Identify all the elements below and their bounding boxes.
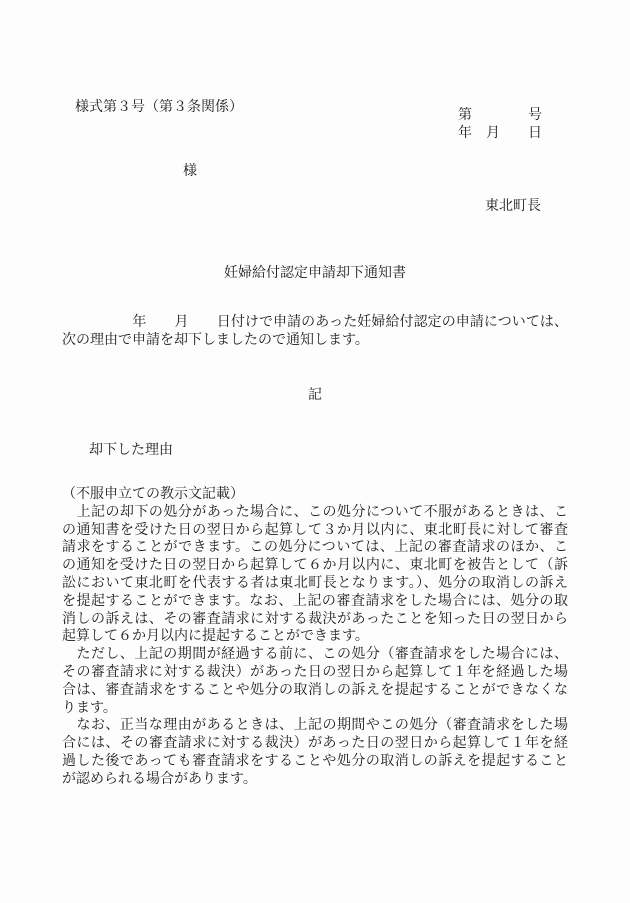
form-number-label: 様式第３号（第３条関係） bbox=[75, 96, 243, 116]
guidance-line: 起算して６か月以内に提起することができます。 bbox=[62, 628, 568, 646]
guidance-line: が認められる場合があります。 bbox=[62, 771, 568, 789]
guidance-heading: （不服申立ての教示文記載） bbox=[62, 486, 568, 504]
ki-marker: 記 bbox=[62, 387, 568, 405]
document-title: 妊婦給付認定申請却下通知書 bbox=[62, 265, 568, 283]
guidance-line: 過した後であっても審査請求をすることや処分の取消しの訴えを提起すること bbox=[62, 753, 568, 771]
guidance-line: 訟において東北町を代表する者は東北町長となります。）、処分の取消しの訴え bbox=[62, 575, 568, 593]
body-paragraph: 年 月 日付けで申請のあった妊婦給付認定の申請については、 次の理由で申請を却下… bbox=[62, 314, 568, 350]
guidance-line: の通知を受けた日の翌日から起算して６か月以内に、東北町を被告として（訴 bbox=[62, 557, 568, 575]
guidance-line: 合は、審査請求をすることや処分の取消しの訴えを提起することができなくな bbox=[62, 682, 568, 700]
rejection-reason-label: 却下した理由 bbox=[89, 439, 173, 459]
guidance-line: 合には、その審査請求に対する裁決）があった日の翌日から起算して１年を経 bbox=[62, 735, 568, 753]
document-page: 様式第３号（第３条関係） 第 号 年 月 日 様 東北町長 妊婦給付認定申請却下… bbox=[0, 0, 630, 903]
guidance-line: ただし、上記の期間が経過する前に、この処分（審査請求をした場合には、 bbox=[62, 646, 568, 664]
guidance-line: 消しの訴えは、その審査請求に対する裁決があったことを知った日の翌日から bbox=[62, 611, 568, 629]
addressee-honorific: 様 bbox=[183, 160, 197, 180]
guidance-line: 上記の却下の処分があった場合に、この処分について不服があるときは、こ bbox=[62, 504, 568, 522]
body-line-2: 次の理由で申請を却下しましたので通知します。 bbox=[62, 332, 568, 350]
appeal-guidance-section: （不服申立ての教示文記載） 上記の却下の処分があった場合に、この処分について不服… bbox=[62, 486, 568, 789]
guidance-line: なお、正当な理由があるときは、上記の期間やこの処分（審査請求をした場 bbox=[62, 717, 568, 735]
document-number-line: 第 号 bbox=[440, 107, 542, 125]
guidance-line: ります。 bbox=[62, 700, 568, 718]
guidance-line: の通知書を受けた日の翌日から起算して３か月以内に、東北町長に対して審査 bbox=[62, 522, 568, 540]
guidance-line: を提起することができます。なお、上記の審査請求をした場合には、処分の取 bbox=[62, 593, 568, 611]
guidance-line: その審査請求に対する裁決）があった日の翌日から起算して１年を経過した場 bbox=[62, 664, 568, 682]
issue-date-line: 年 月 日 bbox=[440, 125, 542, 143]
guidance-line: 請求をすることができます。この処分については、上記の審査請求のほか、こ bbox=[62, 539, 568, 557]
body-line-1: 年 月 日付けで申請のあった妊婦給付認定の申請については、 bbox=[62, 314, 568, 332]
issuer-name: 東北町長 bbox=[485, 195, 541, 215]
